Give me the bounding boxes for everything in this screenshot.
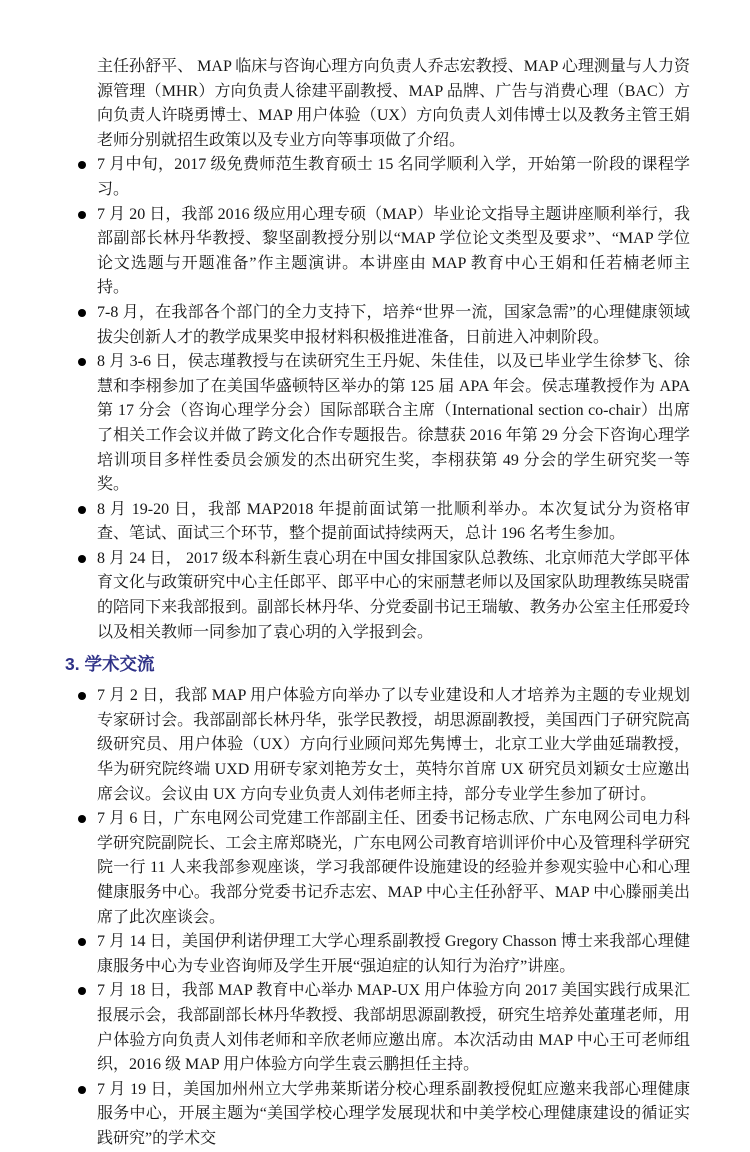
list-item: 7 月 20 日，我部 2016 级应用心理专硕（MAP）毕业论文指导主题讲座顺…: [75, 203, 690, 301]
list-item: 7 月 2 日，我部 MAP 用户体验方向举办了以专业建设和人才培养为主题的专业…: [75, 684, 690, 807]
list-item: 7 月 6 日，广东电网公司党建工作部副主任、团委书记杨志欣、广东电网公司电力科…: [75, 807, 690, 930]
list-item-text: 7 月 6 日，广东电网公司党建工作部副主任、团委书记杨志欣、广东电网公司电力科…: [97, 810, 690, 925]
bullet-icon: [78, 211, 86, 219]
list-item: 8 月 19-20 日，我部 MAP2018 年提前面试第一批顺利举办。本次复试…: [75, 498, 690, 547]
bullet-icon: [78, 506, 86, 514]
list-item-text: 8 月 3-6 日，侯志瑾教授与在读研究生王丹妮、朱佳佳，以及已毕业学生徐梦飞、…: [97, 353, 690, 493]
bullet-icon: [78, 358, 86, 366]
bullet-icon: [78, 987, 86, 995]
bullet-icon: [78, 938, 86, 946]
list-item-text: 7 月 20 日，我部 2016 级应用心理专硕（MAP）毕业论文指导主题讲座顺…: [97, 206, 690, 297]
bullet-icon: [78, 815, 86, 823]
list-item: 7 月 18 日，我部 MAP 教育中心举办 MAP-UX 用户体验方向 201…: [75, 979, 690, 1060]
bullet-icon: [78, 555, 86, 563]
academic-exchange-events-list: 7 月 2 日，我部 MAP 用户体验方向举办了以专业建设和人才培养为主题的专业…: [75, 684, 690, 1060]
list-item: 7-8 月，在我部各个部门的全力支持下，培养“世界一流，国家急需”的心理健康领域…: [75, 301, 690, 350]
list-item-text: 8 月 24 日， 2017 级本科新生袁心玥在中国女排国家队总教练、北京师范大…: [97, 550, 690, 641]
list-item-text: 7 月中旬，2017 级免费师范生教育硕士 15 名同学顺利入学，开始第一阶段的…: [97, 156, 690, 198]
document-page: 主任孙舒平、 MAP 临床与咨询心理方向负责人乔志宏教授、MAP 心理测量与人力…: [75, 55, 690, 1060]
list-item-text: 7-8 月，在我部各个部门的全力支持下，培养“世界一流，国家急需”的心理健康领域…: [97, 304, 690, 346]
intro-continuation-paragraph: 主任孙舒平、 MAP 临床与咨询心理方向负责人乔志宏教授、MAP 心理测量与人力…: [97, 55, 690, 153]
list-item: 7 月 14 日，美国伊利诺伊理工大学心理系副教授 Gregory Chasso…: [75, 930, 690, 979]
bullet-icon: [78, 309, 86, 317]
list-item-text: 8 月 19-20 日，我部 MAP2018 年提前面试第一批顺利举办。本次复试…: [97, 501, 690, 543]
list-item-text: 7 月 18 日，我部 MAP 教育中心举办 MAP-UX 用户体验方向 201…: [97, 982, 690, 1060]
bullet-icon: [78, 692, 86, 700]
section-heading-academic-exchange: 3. 学术交流: [65, 652, 690, 676]
bullet-icon: [78, 161, 86, 169]
list-item: 7 月中旬，2017 级免费师范生教育硕士 15 名同学顺利入学，开始第一阶段的…: [75, 153, 690, 202]
list-item: 8 月 3-6 日，侯志瑾教授与在读研究生王丹妮、朱佳佳，以及已毕业学生徐梦飞、…: [75, 350, 690, 498]
list-item: 8 月 24 日， 2017 级本科新生袁心玥在中国女排国家队总教练、北京师范大…: [75, 547, 690, 645]
list-item-text: 7 月 14 日，美国伊利诺伊理工大学心理系副教授 Gregory Chasso…: [97, 933, 690, 975]
list-item-text: 7 月 2 日，我部 MAP 用户体验方向举办了以专业建设和人才培养为主题的专业…: [97, 687, 690, 802]
enrollment-events-list: 7 月中旬，2017 级免费师范生教育硕士 15 名同学顺利入学，开始第一阶段的…: [75, 153, 690, 645]
